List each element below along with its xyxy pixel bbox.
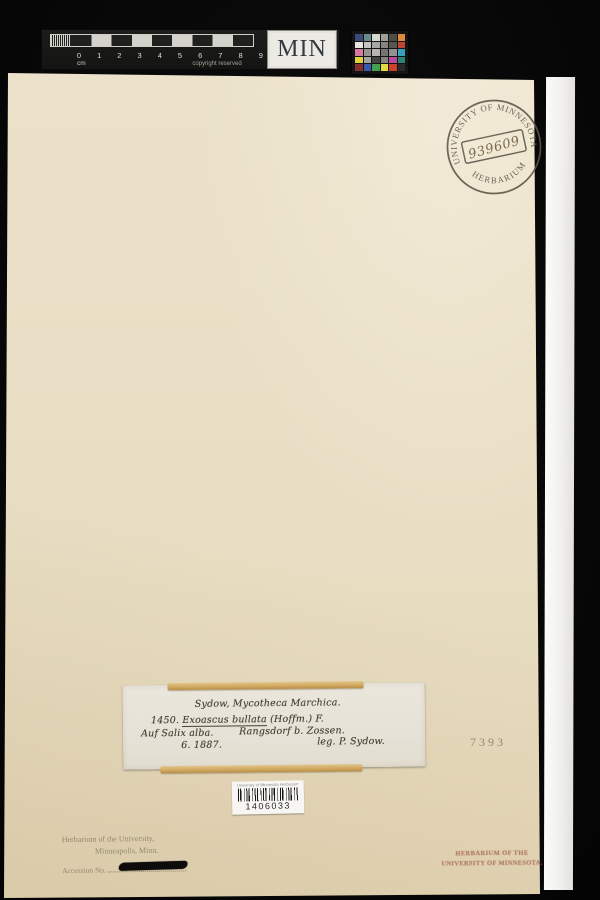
- ruler-tick-label: 1: [97, 51, 101, 60]
- color-patch: [372, 64, 380, 71]
- copyright-text: copyright reserved: [152, 61, 282, 67]
- color-patch-grid: [355, 34, 405, 71]
- color-patch: [398, 34, 406, 41]
- sheet-number: 7393: [470, 735, 506, 750]
- color-patch: [398, 64, 406, 71]
- color-calibration-chart: [352, 31, 408, 74]
- color-patch: [381, 64, 389, 71]
- color-patch: [381, 34, 389, 41]
- color-patch: [381, 57, 389, 64]
- ruler-tick-label: 6: [198, 51, 202, 60]
- specimen-photo: 012345678910 cm copyright reserved MIN U…: [0, 0, 600, 900]
- imprint-line1: Herbarium of the University,: [62, 833, 222, 844]
- ownership-stamp-line1: HERBARIUM OF THE: [438, 850, 546, 858]
- stamp-handwritten-number: 939609: [467, 134, 522, 163]
- herbarium-code-label: MIN: [277, 36, 327, 63]
- color-patch: [364, 64, 372, 71]
- label-date: 6. 1887.: [181, 740, 222, 751]
- color-patch: [398, 42, 406, 49]
- barcode-sticker: University of Minnesota Herbarium 140603…: [232, 780, 305, 815]
- color-patch: [398, 57, 406, 64]
- color-patch: [364, 49, 372, 56]
- color-patch: [372, 49, 380, 56]
- ruler-tick-label: 4: [158, 51, 162, 60]
- color-patch: [389, 42, 397, 49]
- ruler-tick-label: 8: [239, 51, 243, 60]
- color-patch: [389, 49, 397, 56]
- scale-bar-checker: [50, 34, 254, 47]
- color-patch: [372, 34, 380, 41]
- label-taxon-authority: (Hoffm.) F.: [270, 713, 324, 725]
- ownership-stamp: HERBARIUM OF THE UNIVERSITY OF MINNESOTA…: [438, 850, 546, 868]
- label-taxon-name: Exoascus bullata: [182, 714, 267, 727]
- color-patch: [355, 34, 363, 41]
- barcode-bars: [238, 787, 298, 801]
- ownership-stamp-line2: UNIVERSITY OF MINNESOTA.: [438, 860, 546, 868]
- herbarium-code-plate: MIN: [267, 30, 337, 69]
- color-patch: [364, 42, 372, 49]
- imprint-line2: Minneapolis, Minn.: [95, 845, 222, 856]
- ruler-unit-label: cm: [77, 60, 86, 67]
- color-patch: [372, 57, 380, 64]
- color-patch: [372, 42, 380, 49]
- adjacent-sheet-edge: [544, 77, 575, 890]
- herbarium-imprint: Herbarium of the University, Minneapolis…: [62, 833, 223, 875]
- ruler-tick-label: 2: [117, 51, 121, 60]
- ruler-tick-label: 3: [138, 51, 142, 60]
- label-substrate: Auf Salix alba.: [141, 728, 214, 740]
- millimeter-ticks: [51, 35, 71, 46]
- specimen-label: Sydow, Mycotheca Marchica. 1450. Exoascu…: [123, 682, 426, 769]
- label-taxon-line: 1450. Exoascus bullata (Hoffm.) F.: [151, 713, 324, 726]
- label-series-title: Sydow, Mycotheca Marchica.: [195, 697, 341, 710]
- color-patch: [381, 42, 389, 49]
- color-patch: [355, 42, 363, 49]
- scale-bar: 012345678910 cm copyright reserved MIN: [42, 30, 339, 69]
- color-patch: [355, 49, 363, 56]
- color-patch: [381, 49, 389, 56]
- barcode-number: 1406033: [245, 801, 291, 812]
- accession-label: Accession No.: [62, 866, 106, 876]
- color-patch: [364, 34, 372, 41]
- mounting-tape-top: [168, 681, 364, 690]
- color-patch: [364, 57, 372, 64]
- label-collector: leg. P. Sydow.: [317, 736, 385, 748]
- color-patch: [355, 57, 363, 64]
- ruler-tick-label: 0: [77, 51, 81, 60]
- ruler-tick-label: 7: [218, 51, 222, 60]
- ruler-tick-label: 9: [259, 51, 263, 60]
- label-collection-number: 1450.: [151, 715, 179, 726]
- ruler-tick-label: 5: [178, 51, 182, 60]
- color-patch: [398, 49, 406, 56]
- color-patch: [389, 64, 397, 71]
- color-patch: [389, 34, 397, 41]
- color-patch: [389, 57, 397, 64]
- color-patch: [355, 64, 363, 71]
